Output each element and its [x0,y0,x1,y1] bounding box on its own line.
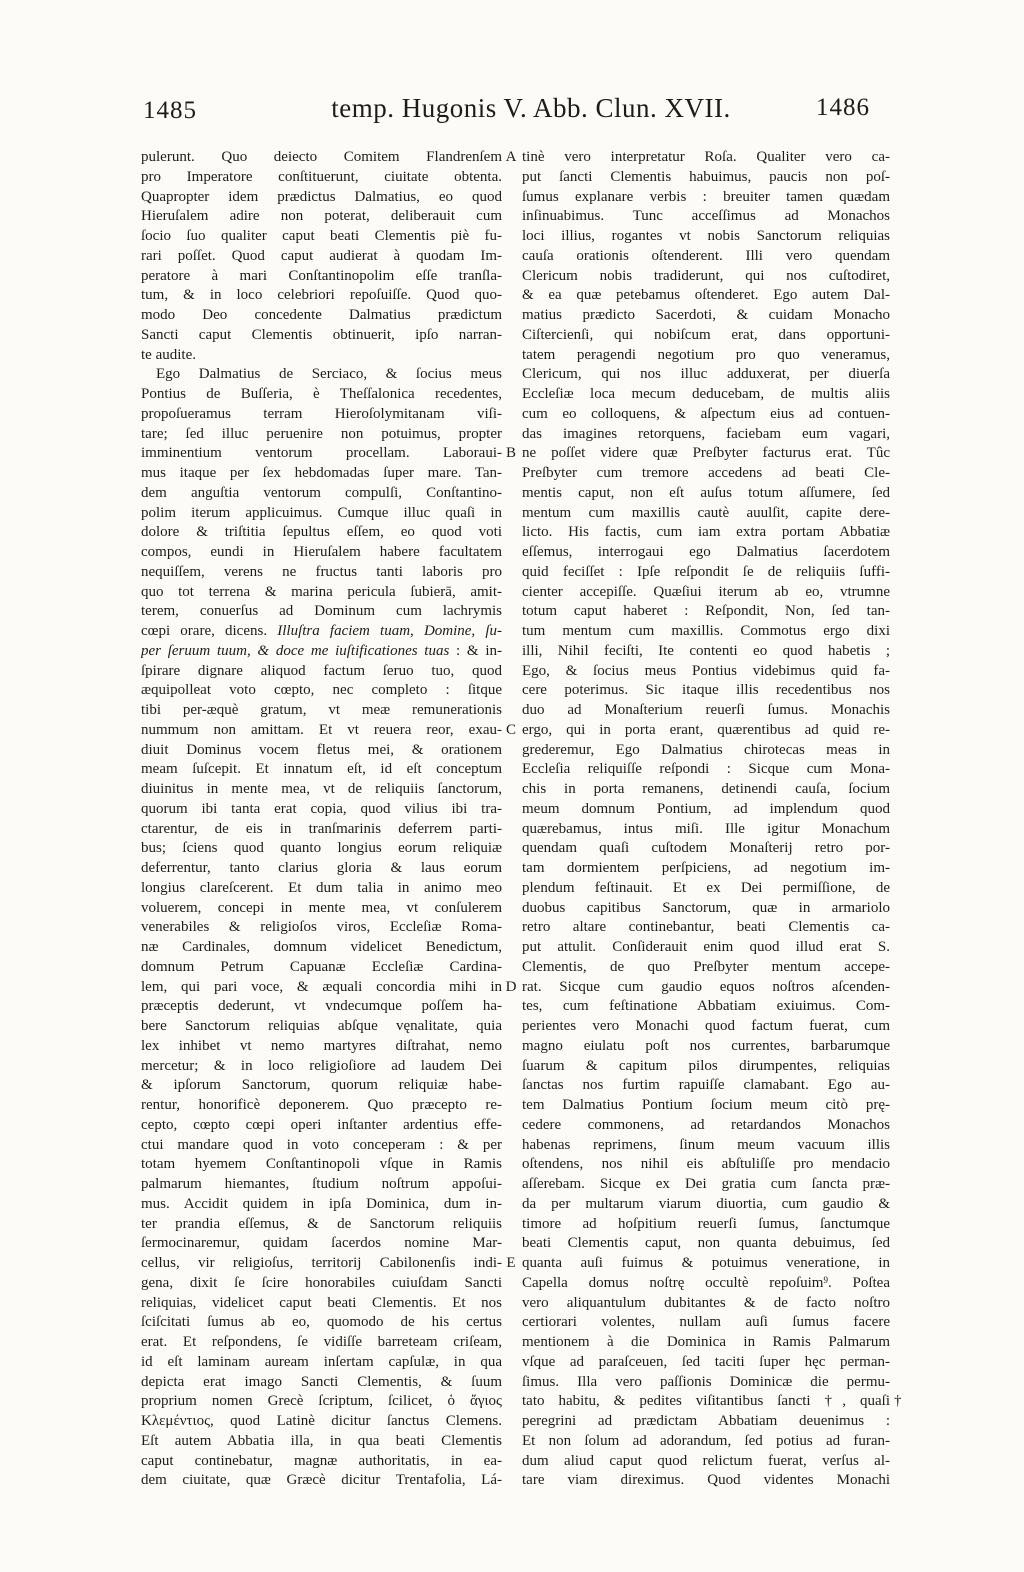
abbreviation-mark: 9 [823,1275,828,1285]
section-letter-a: A [503,148,519,168]
text-line: ſciſcitati ſumus ab eo, quomodo de his c… [141,1313,502,1333]
text-line: voluerem, concepi in mente mea, vt conſu… [141,899,502,919]
text-line: habenas reprimens, ſinum meum vacuum ill… [522,1136,890,1156]
left-text-column: pulerunt. Quo deiecto Comitem Flandrenſe… [141,148,502,1491]
text-line: palmarum hiemantes, ſtudium noſtrum appo… [141,1175,502,1195]
text-line: meum domnum Pontium, ad implendum quod [522,800,890,820]
text-line: nequiſſem, verens ne fructus tanti labor… [141,563,502,583]
text-line: Clementis, de quo Preſbyter mentum accep… [522,958,890,978]
running-title: temp. Hugonis V. Abb. Clun. XVII. [331,93,731,124]
text-line: ſuarum & capitum pilos dirumpentes, reli… [522,1057,890,1077]
text-segment: : & in- [449,643,502,659]
text-line: reliquias, videlicet caput beati Clement… [141,1294,502,1314]
text-line: Κλεμέντιος, quod Latinè dicitur ſanctus … [141,1412,502,1432]
text-line: chis in porta remanens, detinendi cauſa,… [522,780,890,800]
text-line: quendam quaſi cuſtodem Monaſterij retro … [522,839,890,859]
text-line: quærebamus, intus miſi. Ille igitur Mona… [522,820,890,840]
text-line: dolore & triſtitia ſepultus eſſem, eo qu… [141,523,502,543]
text-line: & ea quæ petebamus oſtenderet. Ego autem… [522,286,890,306]
text-line: Eccleſia reliquiſſe reſpondi : Sicque cu… [522,760,890,780]
text-segment: cœpi orare, dicens. [141,623,277,639]
text-line: dum aliud caput quod relictum fuerat, ve… [522,1452,890,1472]
text-line: id eſt laminam auream inſertam capſulæ, … [141,1353,502,1373]
text-line: rat. Sicque cum gaudio equos noſtros aſc… [522,978,890,998]
text-line: tes, cum feſtinatione Abbatiam exiuimus.… [522,997,890,1017]
text-line: Clericum, qui nos illuc adduxerat, per d… [522,365,890,385]
text-line: vſque ad paraſceuen, ſed taciti ſuper hę… [522,1353,890,1373]
text-line: diuinitus in mente mea, vt de reliquiis … [141,780,502,800]
text-line: peratore à mari Conſtantinopolim eſſe tr… [141,267,502,287]
text-line: dem anguſtia ventorum compulſi, Conſtant… [141,484,502,504]
text-line: tum mentum cum maxillis. Commotus ergo d… [522,622,890,642]
text-line: quorum ibi tanta erat copia, quod vilius… [141,800,502,820]
text-line: licto. His factis, cum iam extra portam … [522,523,890,543]
page-number-right: 1486 [816,94,870,122]
text-line: cellus, vir religioſus, territorij Cabil… [141,1254,502,1274]
text-line: propoſueramus terram Hieroſolymitanam vi… [141,405,502,425]
text-line: tinè vero interpretatur Roſa. Qualiter v… [522,148,890,168]
text-line: mentum cum maxillis cautè auulſit, capit… [522,504,890,524]
text-line: cum eo colloquens, & aſpectum eius ad co… [522,405,890,425]
text-line: lem, qui pari voce, & æquali concordia m… [141,978,502,998]
text-line: mercetur; & in loco religioſiore ad laud… [141,1057,502,1077]
section-letter-e: E [503,1254,519,1274]
text-line: grederemur, Ego Dalmatius chirotecas mea… [522,741,890,761]
book-page: 1485 temp. Hugonis V. Abb. Clun. XVII. 1… [0,0,1024,1572]
text-line: totum caput haberet : Reſpondit, Non, ſe… [522,602,890,622]
text-line: cepto, cœpto cœpi operi inſtanter ardent… [141,1116,502,1136]
text-line: pro Imperatore conſtituerunt, ciuitate o… [141,168,502,188]
text-line: Quapropter idem prædictus Dalmatius, eo … [141,188,502,208]
text-line: loci illius, rogantes vt nobis Sanctorum… [522,227,890,247]
text-line: eſſemus, interrogaui ego Dalmatius ſacer… [522,543,890,563]
text-line: da per multarum viarum diuortia, cum gau… [522,1195,890,1215]
text-line: ſocio ſuo qualiter caput beati Clementis… [141,227,502,247]
right-text-column: tinè vero interpretatur Roſa. Qualiter v… [522,148,890,1491]
text-line: aſſerebam. Sicque ex Dei gratia cum ſanc… [522,1175,890,1195]
text-line: nummum non amittam. Et vt reuera reor, e… [141,721,502,741]
text-line: tato habitu, & pedites viſitantibus ſanc… [522,1392,890,1412]
italic-quotation: Illuſtra faciem tuam, Domine, ſu- [277,623,502,639]
text-line: cœpi orare, dicens. Illuſtra faciem tuam… [141,622,502,642]
text-line: tem Dalmatius Pontium ſocium meum citò p… [522,1096,890,1116]
text-line: venerabiles & religioſos viros, Eccleſiæ… [141,918,502,938]
italic-quotation: per ſeruum tuum, & doce me iuſtification… [141,643,449,659]
text-line: ne poſſet videre quæ Preſbyter facturus … [522,444,890,464]
text-line: certiorari volentes, nullam auſi ſumus f… [522,1313,890,1333]
text-line: tam dormientem perſpiciens, ad negotium … [522,859,890,879]
text-line: dem ciuitate, quæ Græcè dicitur Trentafo… [141,1471,502,1491]
text-line: meam ſuſcepit. Et innatum eſt, id eſt co… [141,760,502,780]
text-line: proprium nomen Grecè ſcriptum, ſcilicet,… [141,1392,502,1412]
text-line: tare; ſed illuc peruenire non potuimus, … [141,425,502,445]
text-line: domnum Petrum Capuanæ Eccleſiæ Cardina- [141,958,502,978]
section-letter-d: D [503,978,519,998]
text-line: næ Cardinales, domnum videlicet Benedict… [141,938,502,958]
text-line: modo Deo concedente Dalmatius prædictum [141,306,502,326]
text-line: ſanctas nos furtim rapuiſſe clamabant. E… [522,1076,890,1096]
section-letter-c: C [503,721,519,741]
text-line: peregrini ad prædictam Abbatiam deuenimu… [522,1412,890,1432]
page-number-left: 1485 [143,97,197,125]
text-line: Capella domus noſtrę occultè repoſuim9. … [522,1274,890,1294]
text-line: bere Sanctorum reliquias abſque vęnalita… [141,1017,502,1037]
text-line: Sancti caput Clementis obtinuerit, ipſo … [141,326,502,346]
text-line: depicta erat imago Sancti Clementis, & ſ… [141,1373,502,1393]
text-line: quo tot terrena & marina pericula ſubier… [141,583,502,603]
text-line: ctui mandare quod in voto conceperam : &… [141,1136,502,1156]
text-line: bus; ſciens quod quanto longius eorum re… [141,839,502,859]
text-line: te audite. [141,346,502,366]
text-line: Et non ſolum ad adorandum, ſed potius ad… [522,1432,890,1452]
text-line: Preſbyter cum tremore accedens ad beati … [522,464,890,484]
text-line: polim iterum applicuimus. Cumque illuc q… [141,504,502,524]
text-line: diuit Dominus vocem fletus mei, & oratio… [141,741,502,761]
text-line: mus itaque per ſex hebdomadas ſuper mare… [141,464,502,484]
text-line: duo ad Monaſterium reuerſi ſumus. Monach… [522,701,890,721]
text-line: put ſancti Clementis habuimus, paucis no… [522,168,890,188]
text-line: inſinuabimus. Tunc acceſſimus ad Monacho… [522,207,890,227]
text-line: lex inhibet vt nemo martyres diſtrahat, … [141,1037,502,1057]
text-line: deferrentur, tanto clarius gloria & laus… [141,859,502,879]
text-line: Ego, & ſocius meus Pontius videbimus qui… [522,662,890,682]
text-line: cedere commonens, ad retardandos Monacho… [522,1116,890,1136]
text-line: gena, dixit ſe ſcire honorabiles cuiuſda… [141,1274,502,1294]
text-line: erat. Et reſpondens, ſe vidiſſe barretea… [141,1333,502,1353]
text-line: Eccleſiæ loca mecum deducebam, de multis… [522,385,890,405]
text-line: imminentium ventorum procellam. Laboraui… [141,444,502,464]
text-line: plendum feſtinauit. Et ex Dei permiſſion… [522,879,890,899]
text-line: timore ad hoſpitium reuerſi ſumus, ſanct… [522,1215,890,1235]
text-line: tare viam direximus. Quod videntes Monac… [522,1471,890,1491]
text-line: ter prandia eſſemus, & de Sanctorum reli… [141,1215,502,1235]
section-letter-b: B [503,444,519,464]
text-line: ſumus explanare verbis : breuiter tamen … [522,188,890,208]
text-line: ſimus. Illa vero paſſionis Dominicæ die … [522,1373,890,1393]
text-line: perientes vero Monachi quod factum fuera… [522,1017,890,1037]
text-line: Ego Dalmatius de Serciaco, & ſocius meus [141,365,502,385]
text-line: quid feciſſet : Ipſe reſpondit ſe de rel… [522,563,890,583]
text-line: Clericum nobis tradiderunt, qui nos cuſt… [522,267,890,287]
text-line: duobus capitibus Sanctorum, quæ in armar… [522,899,890,919]
text-line: pulerunt. Quo deiecto Comitem Flandrenſe… [141,148,502,168]
text-line: tatem peragendi negotium pro quo veneram… [522,346,890,366]
text-line: quanta auſi fuimus & potuimus veneration… [522,1254,890,1274]
margin-dagger-mark: † [894,1392,902,1412]
text-line: Pontius de Buſſeria, è Theſſalonica rece… [141,385,502,405]
text-line: caput continebatur, magnæ authoritatis, … [141,1452,502,1472]
text-line: totam hyemem Conſtantinopoli vſque in Ra… [141,1155,502,1175]
text-line: put attulit. Conſiderauit enim quod illu… [522,938,890,958]
text-line: oſtendens, nos nihil eis abſtuliſſe pro … [522,1155,890,1175]
text-line: mentis caput, non eſt auſus totum aſſume… [522,484,890,504]
text-line: rentur, honorificè deponerem. Quo præcep… [141,1096,502,1116]
text-line: tum, & in loco celebriori repoſuiſſe. Qu… [141,286,502,306]
text-line: beati Clementis caput, non quanta debuim… [522,1234,890,1254]
text-line: præceptis dederunt, vt vndecumque poſſem… [141,997,502,1017]
text-line: vero aliquantulum dubitantes & de facto … [522,1294,890,1314]
text-line: Eſt autem Abbatia illa, in qua beati Cle… [141,1432,502,1452]
text-line: ſermocinaremur, quidam ſacerdos nomine M… [141,1234,502,1254]
text-line: ſpirare dignare aliquod factum ſeruo tuo… [141,662,502,682]
text-line: illi, Nihil feciſti, Ite contenti eo quo… [522,642,890,662]
text-line: per ſeruum tuum, & doce me iuſtification… [141,642,502,662]
text-line: ergo, qui in porta erant, quærentibus ad… [522,721,890,741]
text-line: Ciſtercienſi, qui nobiſcum erat, dans op… [522,326,890,346]
text-line: Hieruſalem adire non poterat, deliberaui… [141,207,502,227]
text-line: ctarentur, de eis in tranſmarinis deferr… [141,820,502,840]
text-segment: . Poſtea [828,1275,890,1291]
text-line: magno eiulatu poſt nos currentes, barbar… [522,1037,890,1057]
text-line: cere poterimus. Sic itaque illis receden… [522,681,890,701]
text-line: longius clareſcerent. Et dum talia in an… [141,879,502,899]
text-line: & ipſorum Sanctorum, quorum reliquiæ hab… [141,1076,502,1096]
text-line: terem, conuerſus ad Dominum cum lachrymi… [141,602,502,622]
text-line: tibi per-æquè gratum, vt meæ remuneratio… [141,701,502,721]
text-line: retro altare continebantur, beati Clemen… [522,918,890,938]
text-line: mentionem à die Dominica in Ramis Palmar… [522,1333,890,1353]
text-line: æquipolleat voto cœpto, nec completo : ſ… [141,681,502,701]
text-line: compos, eundi in Hieruſalem habere facul… [141,543,502,563]
text-line: mus. Accidit quidem in ipſa Dominica, du… [141,1195,502,1215]
text-line: cauſa orationis oſtenderent. Illi vero q… [522,247,890,267]
text-line: rari poſſet. Quod caput audierat à quoda… [141,247,502,267]
text-line: cienter accepiſſe. Quæſiui iterum ab eo,… [522,583,890,603]
text-segment: Capella domus noſtrę occultè repoſuim [522,1275,823,1291]
text-line: das imagines retorquens, faciebam eum va… [522,425,890,445]
text-line: matius prædicto Sacerdoti, & cuidam Mona… [522,306,890,326]
